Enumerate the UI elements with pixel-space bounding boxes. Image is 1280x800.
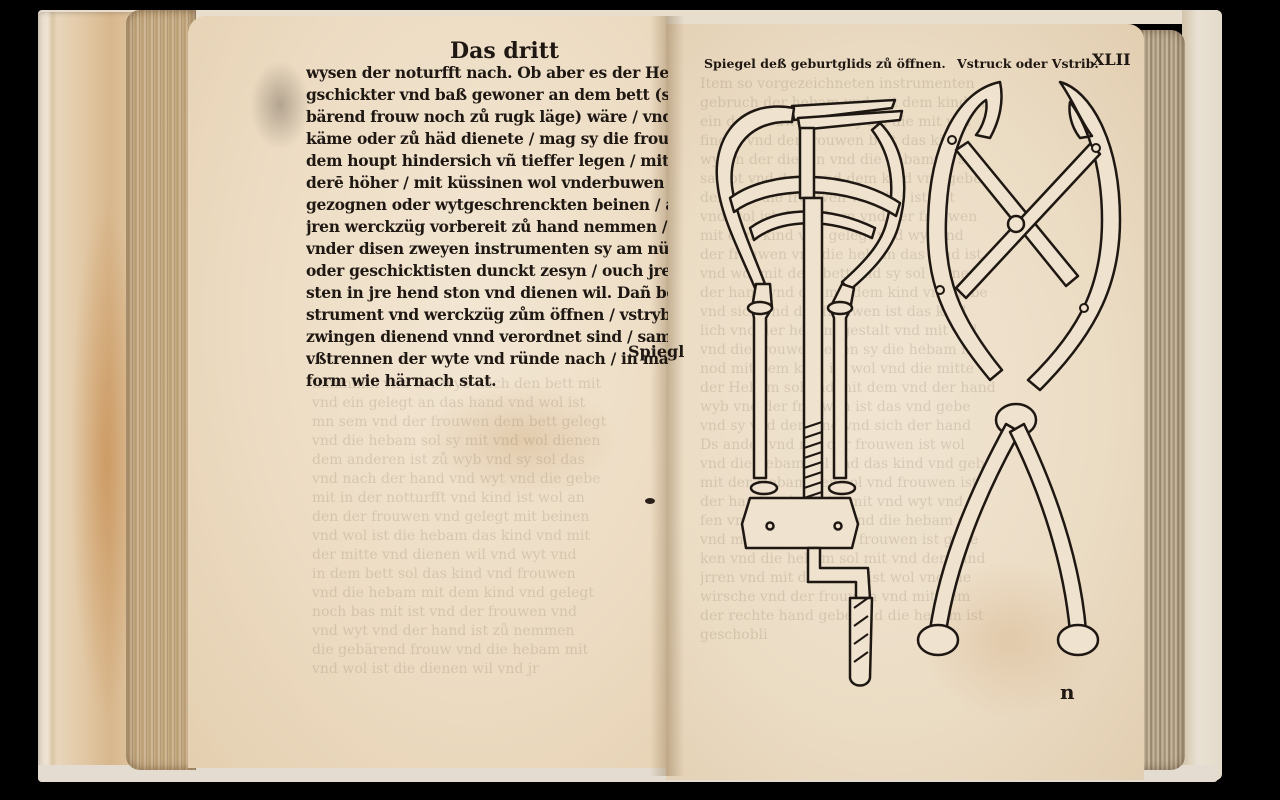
ink-blot xyxy=(645,498,655,504)
catchword: Spiegl xyxy=(628,342,684,361)
text-line: gschickter vnd baß gewoner an dem bett (… xyxy=(306,84,668,106)
page-block-left-edge xyxy=(126,10,196,770)
text-line: vnder disen zweyen instrumenten sy am nü… xyxy=(306,238,668,260)
illustration-caption-left: Spiegel deß geburtglids zů öffnen. xyxy=(704,56,946,71)
text-line: form wie härnach stat. xyxy=(306,370,668,392)
text-line: jren werckzüg vorbereit zů hand nemmen /… xyxy=(306,216,668,238)
illustration-caption-right: Vstruck oder Vstrib. xyxy=(957,56,1099,71)
folio-number: XLII xyxy=(1092,50,1131,69)
speculum-instrument-illustration xyxy=(700,78,930,708)
show-through-text: mmmnnn vnd der wyb nach den bett mit vnd… xyxy=(312,375,652,705)
book-cover-right xyxy=(1182,10,1222,780)
signature-mark: n xyxy=(1060,680,1075,704)
text-line: derē höher / mit küssinen wol vnderbuwen… xyxy=(306,172,668,194)
text-line: vßtrennen der wyte vnd ründe nach / in m… xyxy=(306,348,668,370)
text-line: wysen der noturfft nach. Ob aber es der … xyxy=(306,62,668,84)
text-line: bärend frouw noch zů rugk läge) wäre / v… xyxy=(306,106,668,128)
text-line: oder geschicktisten dunckt zesyn / ouch … xyxy=(306,260,668,282)
dilator-forceps-illustration xyxy=(900,80,1140,670)
body-text: wysen der noturfft nach. Ob aber es der … xyxy=(306,62,668,392)
text-line: zwingen dienend vnnd verordnet sind / sa… xyxy=(306,326,668,348)
running-head: Das dritt xyxy=(450,38,559,64)
text-line: dem houpt hindersich vñ tieffer legen / … xyxy=(306,150,668,172)
text-line: sten in jre hend ston vnd dienen wil. Da… xyxy=(306,282,668,304)
text-line: gezognen oder wytgeschrenckten beinen / … xyxy=(306,194,668,216)
foxing-spots xyxy=(250,60,310,150)
text-line: strument vnd werckzüg zům öffnen / vstry… xyxy=(306,304,668,326)
text-line: käme oder zů häd dienete / mag sy die fr… xyxy=(306,128,668,150)
